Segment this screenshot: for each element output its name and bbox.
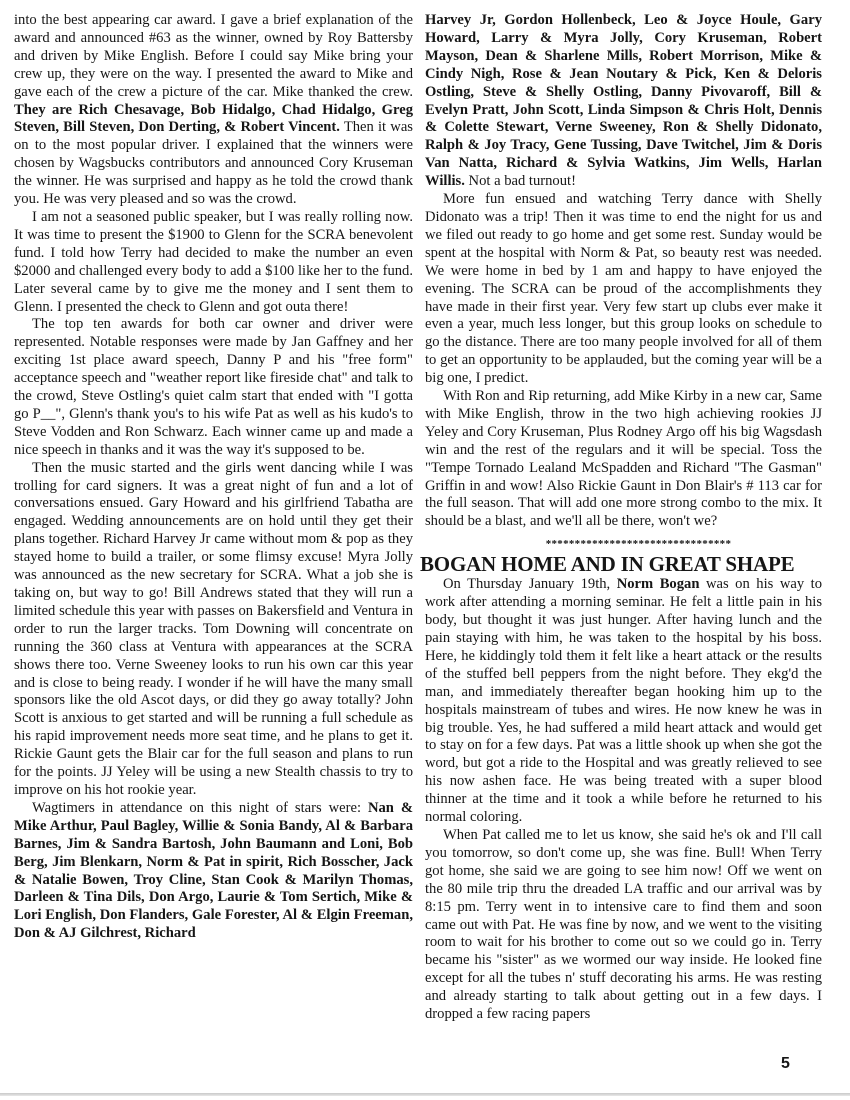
- paragraph-attendance: Wagtimers in attendance on this night of…: [14, 800, 413, 943]
- paragraph-bogan-heart-attack: On Thursday January 19th, Norm Bogan was…: [425, 576, 822, 827]
- person-name: Norm Bogan: [617, 576, 700, 592]
- paragraph-attendance-continued: Harvey Jr, Gordon Hollenbeck, Leo & Joyc…: [425, 12, 822, 191]
- paragraph-text: Not a bad turnout!: [465, 173, 576, 189]
- paragraph-benevolent-fund: I am not a seasoned public speaker, but …: [14, 209, 413, 316]
- paragraph-end-of-night: More fun ensued and watching Terry dance…: [425, 191, 822, 388]
- paragraph-text: On Thursday January 19th,: [443, 576, 617, 592]
- paragraph-top-ten-awards: The top ten awards for both car owner an…: [14, 316, 413, 459]
- paragraph-coming-season: With Ron and Rip returning, add Mike Kir…: [425, 388, 822, 531]
- page-number: 5: [781, 1055, 790, 1073]
- section-separator: ********************************: [425, 537, 822, 551]
- newsletter-page: into the best appearing car award. I gav…: [0, 0, 850, 1100]
- article-headline: BOGAN HOME AND IN GREAT SHAPE: [420, 553, 822, 575]
- paragraph-text: was on his way to work after attending a…: [425, 576, 822, 825]
- page-bottom-edge: [0, 1093, 850, 1096]
- paragraph-text: Wagtimers in attendance on this night of…: [32, 800, 368, 816]
- attendee-names: Nan & Mike Arthur, Paul Bagley, Willie &…: [14, 800, 413, 941]
- left-column: into the best appearing car award. I gav…: [14, 12, 413, 943]
- paragraph-text: into the best appearing car award. I gav…: [14, 12, 413, 100]
- paragraph-award-presentation: into the best appearing car award. I gav…: [14, 12, 413, 209]
- attendee-names: Harvey Jr, Gordon Hollenbeck, Leo & Joyc…: [425, 12, 822, 189]
- paragraph-music-and-news: Then the music started and the girls wen…: [14, 460, 413, 800]
- paragraph-hospital-visit: When Pat called me to let us know, she s…: [425, 827, 822, 1024]
- right-column: Harvey Jr, Gordon Hollenbeck, Leo & Joyc…: [425, 12, 822, 1024]
